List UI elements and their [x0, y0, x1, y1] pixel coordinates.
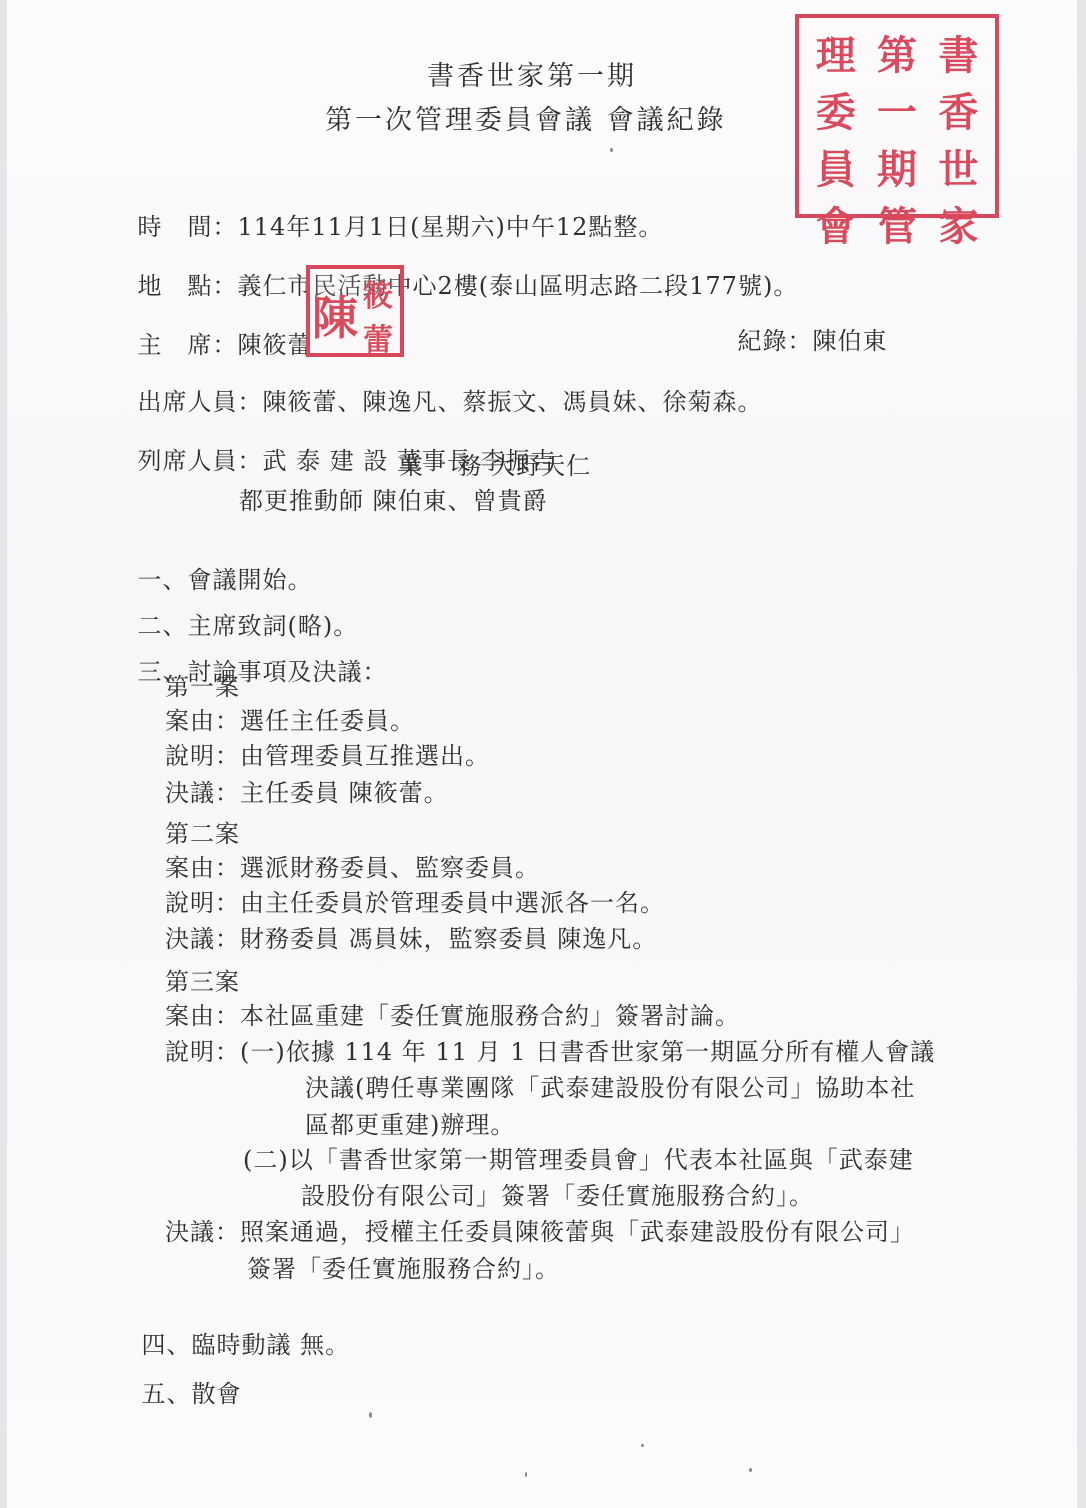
recorder-value: 陳伯東: [813, 327, 888, 355]
agenda-item: 五、散會: [107, 1349, 242, 1439]
scan-speck: [369, 1412, 372, 1418]
scan-speck: [641, 1444, 644, 1447]
document-page: 書香世家第一期 第一次管理委員會議 會議紀錄 書 香 世 家 第 一 期 管 理…: [7, 0, 1077, 1508]
case-resolution: 決議：財務委員 馮員妹，監察委員 陳逸凡。: [165, 924, 657, 954]
seal-char: 會: [805, 195, 866, 252]
seal-char: 員: [805, 138, 866, 195]
seal-char: 蕾: [358, 315, 398, 359]
observers-label: 列席人員：: [138, 447, 263, 475]
scan-speck: [525, 1472, 527, 1477]
case-explanation: 區都更重建)辦理。: [305, 1110, 515, 1140]
seal-char: 筱: [358, 271, 398, 315]
attendees-label: 出席人員：: [138, 388, 263, 416]
document-title: 書香世家第一期: [427, 62, 637, 92]
seal-char: 書: [928, 24, 989, 81]
seal-char: 期: [866, 138, 927, 195]
case-explanation: 說明：由主任委員於管理委員中選派各一名。: [165, 888, 665, 918]
time-value: 114年11月1日(星期六)中午12點整。: [238, 213, 664, 241]
case-title: 第二案: [165, 819, 240, 849]
chair-seal: 筱 陳 蕾: [306, 265, 404, 357]
seal-char: 管: [866, 195, 927, 252]
case-title: 第一案: [165, 672, 240, 702]
agenda-text: 散會: [192, 1380, 242, 1408]
case-title: 第三案: [165, 967, 240, 997]
seal-char: 一: [866, 81, 927, 138]
document-subtitle: 第一次管理委員會議 會議紀錄: [325, 106, 727, 136]
seal-char: 委: [805, 81, 866, 138]
time-label: 時 間：: [138, 213, 238, 241]
case-resolution: 簽署「委任實施服務合約」。: [247, 1254, 560, 1284]
case-explanation: 設股份有限公司」簽署「委任實施服務合約」。: [301, 1181, 814, 1211]
agenda-item: 三、討論事項及決議：: [103, 627, 388, 717]
observers-line: 都更推動師 陳伯東、曾貴爵: [239, 486, 548, 516]
committee-seal: 書 香 世 家 第 一 期 管 理 委 員 會: [795, 14, 999, 218]
observers-line: 業 務 大野天仁: [399, 451, 591, 481]
seal-char: 第: [866, 24, 927, 81]
recorder-label: 紀錄：: [738, 327, 813, 355]
case-reason: 案由：選任主任委員。: [165, 706, 415, 736]
case-explanation: 決議(聘任專業團隊「武泰建設股份有限公司」協助本社: [305, 1073, 915, 1103]
attendees-value: 陳筱蕾、陳逸凡、蔡振文、馮員妹、徐菊森。: [263, 388, 763, 416]
case-explanation: 說明：由管理委員互推選出。: [165, 741, 490, 771]
case-reason: 案由：選派財務委員、監察委員。: [165, 853, 540, 883]
case-resolution: 決議：主任委員 陳筱蕾。: [165, 778, 449, 808]
agenda-number: 五、: [142, 1380, 192, 1408]
seal-char: 理: [805, 24, 866, 81]
seal-char: 家: [928, 195, 989, 252]
place-label: 地 點：: [138, 272, 238, 300]
seal-char: 世: [928, 138, 989, 195]
seal-char: 香: [928, 81, 989, 138]
scan-speck: [610, 148, 613, 152]
scan-speck: [749, 1468, 752, 1472]
seal-char: 陳: [312, 271, 358, 359]
chair-value: 陳筱蕾: [238, 331, 313, 359]
case-explanation: 說明：(一)依據 114 年 11 月 1 日書香世家第一期區分所有權人會議: [165, 1037, 935, 1067]
case-reason: 案由：本社區重建「委任實施服務合約」簽署討論。: [165, 1001, 740, 1031]
chair-label: 主 席：: [138, 331, 238, 359]
case-explanation: (二)以「書香世家第一期管理委員會」代表本社區與「武泰建: [243, 1145, 914, 1175]
case-resolution: 決議：照案通過，授權主任委員陳筱蕾與「武泰建設股份有限公司」: [165, 1217, 915, 1247]
